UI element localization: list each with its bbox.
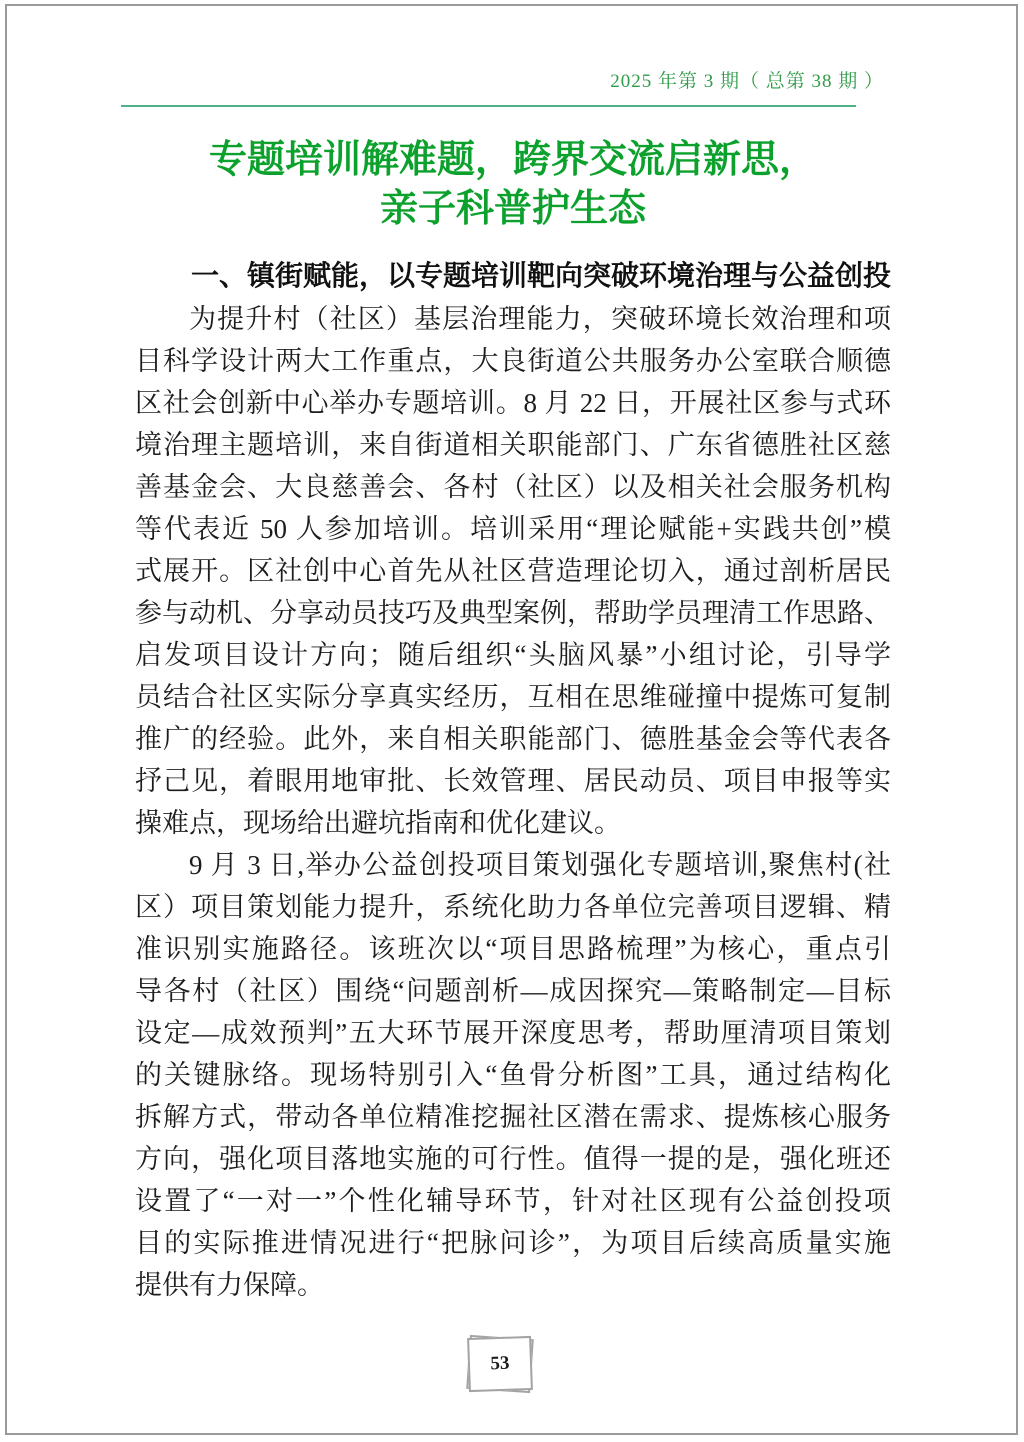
text-line: 推广的经验。此外，来自相关职能部门、德胜基金会等代表各 (135, 718, 891, 760)
section-heading: 一、镇街赋能，以专题培训靶向突破环境治理与公益创投 (135, 256, 891, 298)
issue-label: 2025 年第 3 期（ 总第 38 期 ） (610, 71, 884, 93)
text-line: 拆解方式，带动各单位精准挖掘社区潜在需求、提炼核心服务 (135, 1096, 891, 1138)
text-line: 善基金会、大良慈善会、各村（社区）以及相关社会服务机构 (135, 466, 891, 508)
text-line: 境治理主题培训，来自街道相关职能部门、广东省德胜社区慈 (135, 424, 891, 466)
text-line: 抒己见，着眼用地审批、长效管理、居民动员、项目申报等实 (135, 760, 891, 802)
text-line: 式展开。区社创中心首先从社区营造理论切入，通过剖析居民 (135, 550, 891, 592)
document-title: 专题培训解难题，跨界交流启新思， 亲子科普护生态 (135, 136, 891, 234)
paragraph-2: 9 月 3 日,举办公益创投项目策划强化专题培训,聚焦村(社区）项目策划能力提升… (135, 844, 891, 1306)
text-line: 操难点，现场给出避坑指南和优化建议。 (135, 802, 891, 844)
text-line: 方向，强化项目落地实施的可行性。值得一提的是，强化班还 (135, 1138, 891, 1180)
text-line: 9 月 3 日,举办公益创投项目策划强化专题培训,聚焦村(社 (135, 844, 891, 886)
page-number-ornament: 53 (468, 1337, 532, 1391)
text-line: 目的实际推进情况进行“把脉问诊”，为项目后续高质量实施 (135, 1222, 891, 1264)
text-line: 目科学设计两大工作重点，大良街道公共服务办公室联合顺德 (135, 340, 891, 382)
text-line: 为提升村（社区）基层治理能力，突破环境长效治理和项 (135, 298, 891, 340)
text-line: 参与动机、分享动员技巧及典型案例，帮助学员理清工作思路、 (135, 592, 891, 634)
text-line: 员结合社区实际分享真实经历，互相在思维碰撞中提炼可复制 (135, 676, 891, 718)
text-line: 准识别实施路径。该班次以“项目思路梳理”为核心，重点引 (135, 928, 891, 970)
text-line: 提供有力保障。 (135, 1264, 891, 1306)
title-line-2: 亲子科普护生态 (380, 188, 646, 230)
text-line: 区社会创新中心举办专题培训。8 月 22 日，开展社区参与式环 (135, 382, 891, 424)
document-page: 2025 年第 3 期（ 总第 38 期 ） 专题培训解难题，跨界交流启新思， … (0, 0, 1024, 1442)
text-line: 设定—成效预判”五大环节展开深度思考，帮助厘清项目策划 (135, 1012, 891, 1054)
text-line: 等代表近 50 人参加培训。培训采用“理论赋能+实践共创”模 (135, 508, 891, 550)
page-number: 53 (490, 1353, 510, 1376)
text-line: 区）项目策划能力提升，系统化助力各单位完善项目逻辑、精 (135, 886, 891, 928)
page-number-card: 53 (467, 1336, 533, 1392)
article-body: 一、镇街赋能，以专题培训靶向突破环境治理与公益创投 为提升村（社区）基层治理能力… (135, 256, 891, 1306)
paragraph-1: 为提升村（社区）基层治理能力，突破环境长效治理和项目科学设计两大工作重点，大良街… (135, 298, 891, 844)
header-rule (121, 105, 856, 107)
text-line: 导各村（社区）围绕“问题剖析—成因探究—策略制定—目标 (135, 970, 891, 1012)
title-line-1: 专题培训解难题，跨界交流启新思， (209, 139, 817, 181)
text-line: 启发项目设计方向；随后组织“头脑风暴”小组讨论，引导学 (135, 634, 891, 676)
text-line: 设置了“一对一”个性化辅导环节，针对社区现有公益创投项 (135, 1180, 891, 1222)
text-line: 的关键脉络。现场特别引入“鱼骨分析图”工具，通过结构化 (135, 1054, 891, 1096)
